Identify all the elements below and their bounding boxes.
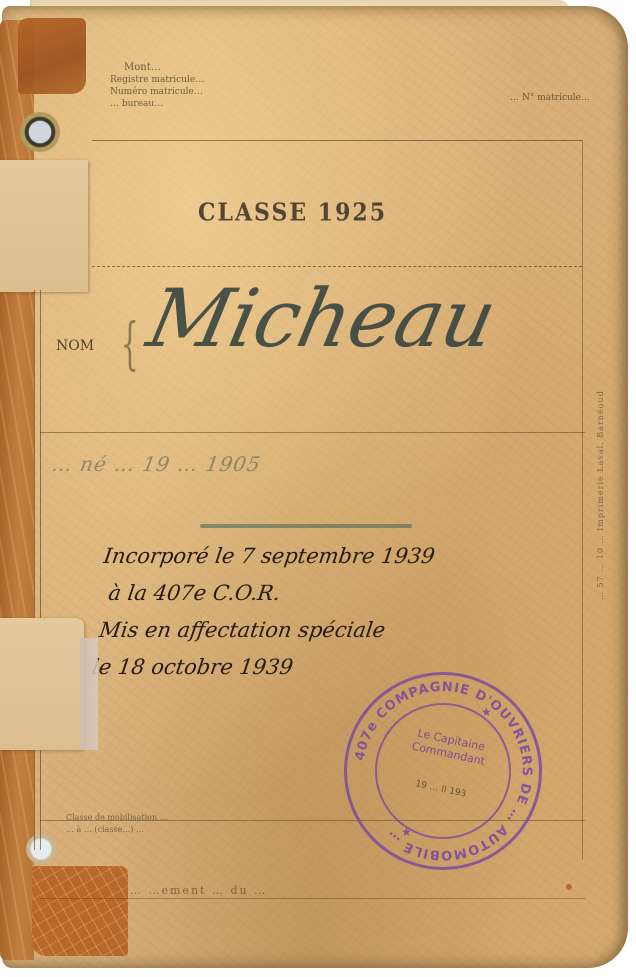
leather-corner-bottom bbox=[32, 866, 128, 956]
frame-rule bbox=[582, 140, 583, 860]
stain bbox=[566, 884, 572, 890]
note-line: Mis en affectation spéciale bbox=[91, 612, 536, 649]
frame-rule bbox=[40, 432, 585, 433]
paper-tape-bottom bbox=[0, 618, 84, 750]
frame-rule bbox=[40, 290, 41, 850]
ink-underline bbox=[200, 524, 412, 528]
header-right: … N° matricule… bbox=[450, 92, 590, 104]
header-line: Registre matricule… bbox=[110, 74, 310, 86]
frame-rule bbox=[92, 140, 582, 141]
header-left: Mont… Registre matricule… Numéro matricu… bbox=[110, 62, 310, 110]
metal-eyelet-icon bbox=[26, 834, 56, 864]
star-icon: ★ bbox=[481, 705, 492, 719]
printed-footer: Classe de mobilisation … … à … (classe…)… bbox=[66, 812, 326, 836]
printed-header: Mont… Registre matricule… Numéro matricu… bbox=[110, 62, 590, 132]
paper-tape-top bbox=[0, 160, 88, 292]
footer-line: Classe de mobilisation … bbox=[66, 812, 326, 824]
leather-corner-top bbox=[18, 18, 86, 94]
note-line: Incorporé le 7 septembre 1939 bbox=[101, 538, 546, 575]
nom-label: NOM bbox=[56, 338, 94, 354]
printer-imprint: … 57 … 10 … Imprimerie Laval, Barnéoud bbox=[596, 390, 605, 600]
header-line: Mont… bbox=[110, 62, 310, 74]
header-line: … bureau… bbox=[110, 98, 310, 110]
brace-icon: { bbox=[121, 312, 139, 377]
star-icon: ★ bbox=[401, 825, 412, 839]
printed-footer-bottom: … …ement … du … bbox=[130, 884, 520, 897]
frame-rule bbox=[40, 898, 585, 899]
footer-line: … à … (classe…) … bbox=[66, 824, 326, 836]
official-stamp: 407e COMPAGNIE D'OUVRIERS DE … AUTOMOBIL… bbox=[344, 672, 542, 870]
handwritten-notes: Incorporé le 7 septembre 1939 à la 407e … bbox=[86, 538, 547, 686]
frame-rule bbox=[34, 290, 35, 850]
dashed-rule bbox=[92, 266, 582, 268]
handwritten-birth-line: … né … 19 … 1905 bbox=[50, 452, 263, 476]
handwritten-surname: Micheau bbox=[140, 272, 503, 365]
note-line: à la 407e C.O.R. bbox=[96, 575, 541, 612]
classe-heading: CLASSE 1925 bbox=[198, 199, 387, 228]
metal-eyelet-icon bbox=[20, 112, 60, 152]
header-line: Numéro matricule… bbox=[110, 86, 310, 98]
